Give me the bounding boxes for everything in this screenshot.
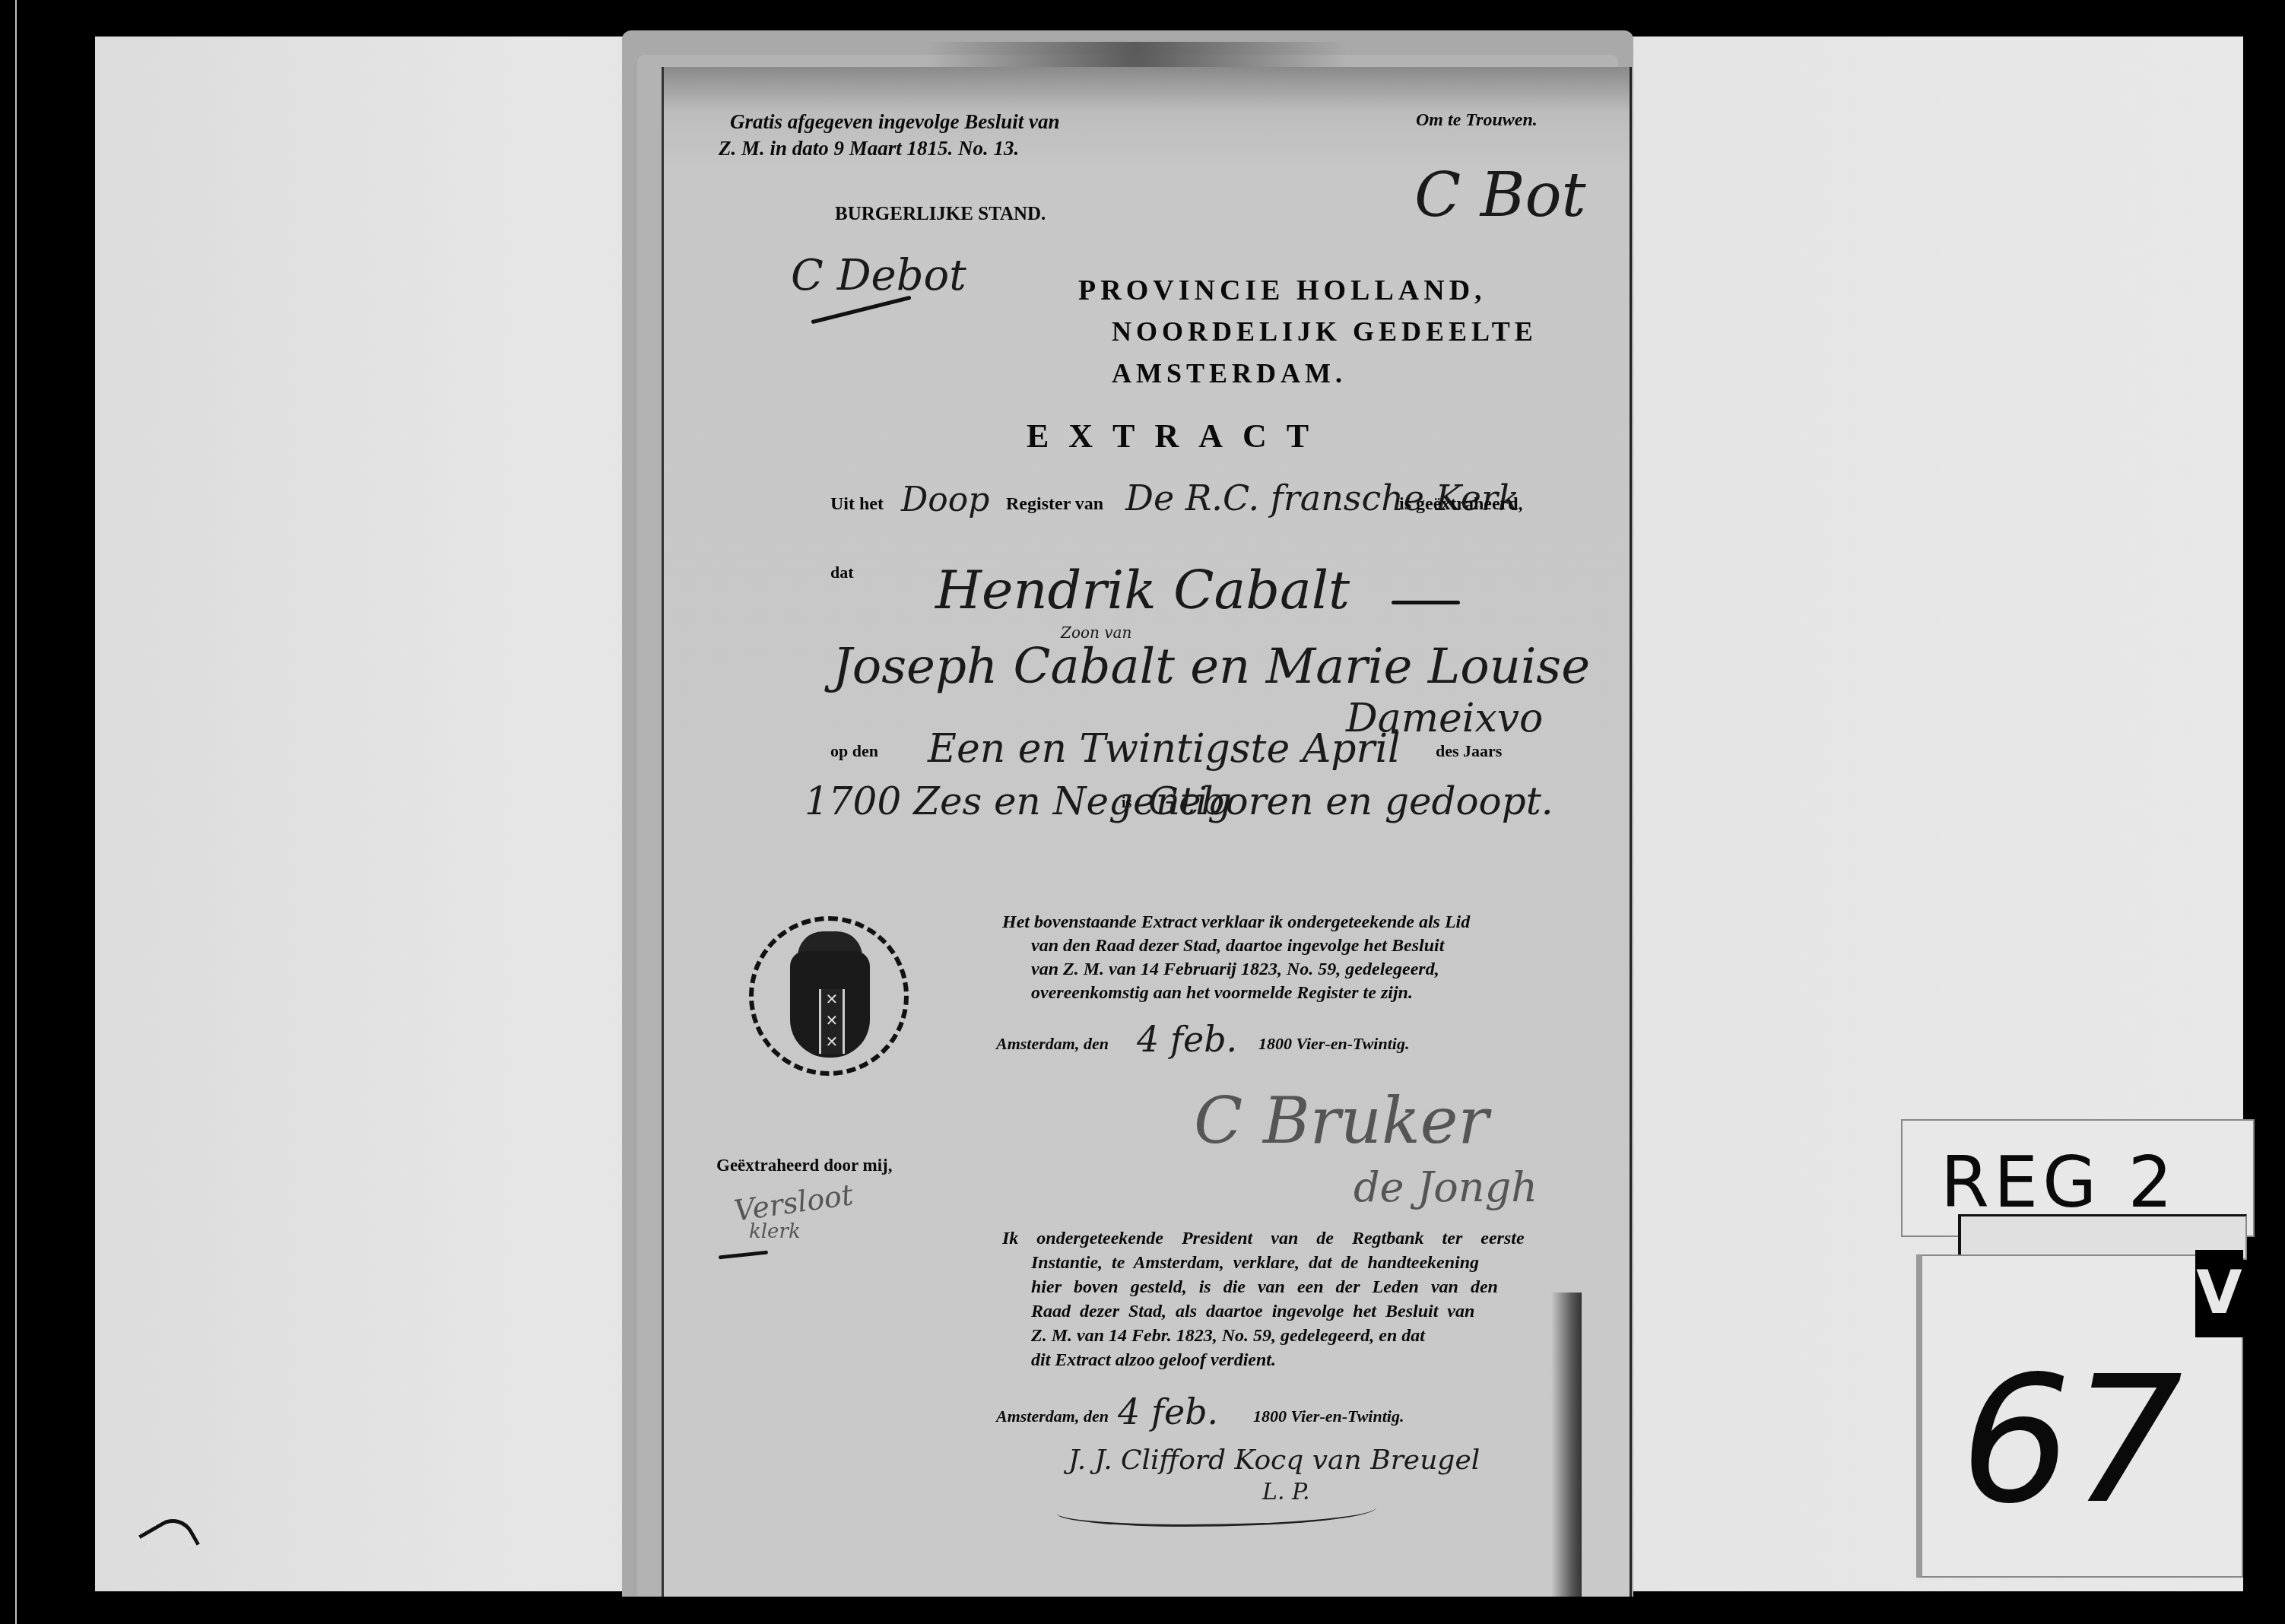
- child-name-handwritten: Hendrik Cabalt: [935, 559, 1350, 621]
- document-title: EXTRACT: [1027, 417, 1328, 455]
- president-signature: J. J. Clifford Kocq van Breugel: [1068, 1445, 1480, 1476]
- register-type-handwritten: Doop: [901, 481, 989, 519]
- parents-handwritten-line1: Joseph Cabalt en Marie Louise: [833, 639, 1590, 695]
- date-line-suffix: des Jaars: [1436, 741, 1502, 761]
- page-fold-shadow: [1551, 1293, 1582, 1597]
- council-signature: C Bruker: [1194, 1083, 1489, 1158]
- date-handwritten: Een en Twintigste April: [928, 726, 1401, 772]
- declaration-1-line: overeenkomstig aan het voormelde Registe…: [1002, 982, 1550, 1005]
- date-line-prefix: op den: [830, 741, 878, 761]
- header-decree-line1: Gratis afgegeven ingevolge Besluit van: [730, 110, 1059, 134]
- year-line-connector: is: [1122, 795, 1131, 812]
- seal-shield: ✕✕✕: [790, 951, 870, 1058]
- scanner-frame-line: [15, 0, 17, 1624]
- place-date-1-handwritten: 4 feb.: [1137, 1019, 1237, 1060]
- amsterdam-seal-icon: ✕✕✕: [749, 916, 909, 1076]
- place-date-1-place: Amsterdam, den: [996, 1034, 1109, 1054]
- province-line1: PROVINCIE HOLLAND,: [1078, 274, 1487, 307]
- place-date-2-place: Amsterdam, den: [996, 1407, 1109, 1426]
- declaration-1-line: Het bovenstaande Extract verklaar ik ond…: [1002, 911, 1550, 934]
- header-purpose: Om te Trouwen.: [1416, 110, 1538, 131]
- province-line3: AMSTERDAM.: [1112, 357, 1347, 389]
- council-signature-line2: de Jongh: [1354, 1163, 1538, 1211]
- number-label-card: 67: [1916, 1254, 2243, 1578]
- register-label: REG 2: [1941, 1142, 2177, 1223]
- v-tab-label: V: [2195, 1250, 2243, 1337]
- number-label: 67: [1960, 1340, 2183, 1543]
- register-line-prefix: Uit het: [830, 494, 884, 515]
- declaration-2-line: Z. M. van 14 Febr. 1823, No. 59, gedeleg…: [1002, 1324, 1550, 1348]
- margin-note-left-handwritten: C Debot: [791, 251, 966, 300]
- header-decree-line2: Z. M. in dato 9 Maart 1815. No. 13.: [719, 137, 1019, 160]
- declaration-1-line: van den Raad dezer Stad, daartoe ingevol…: [1002, 934, 1550, 958]
- province-line2: NOORDELIJK GEDEELTE: [1112, 316, 1538, 347]
- place-date-2-year: 1800 Vier-en-Twintig.: [1253, 1407, 1404, 1426]
- council-declaration: Het bovenstaande Extract verklaar ik ond…: [1002, 911, 1550, 1005]
- declaration-1-line: van Z. M. van 14 Februarij 1823, No. 59,…: [1002, 958, 1550, 982]
- extractor-signature-line2: klerk: [749, 1220, 801, 1243]
- place-date-1-year: 1800 Vier-en-Twintig.: [1258, 1034, 1409, 1054]
- president-declaration: Ik ondergeteekende President van de Regt…: [1002, 1226, 1550, 1372]
- extracted-by-label: Geëxtraheerd door mij,: [716, 1156, 892, 1175]
- event-handwritten: Geboren en gedoopt.: [1148, 779, 1553, 823]
- dat-label: dat: [830, 563, 854, 582]
- register-line-middle: Register van: [1006, 494, 1103, 515]
- declaration-2-line: Instantie, te Amsterdam, verklare, dat d…: [1002, 1251, 1550, 1275]
- name-line-dash: [1392, 601, 1460, 604]
- burgerlijke-stand-heading: BURGERLIJKE STAND.: [835, 204, 1046, 225]
- declaration-2-line: Ik ondergeteekende President van de Regt…: [1002, 1226, 1550, 1251]
- declaration-2-line: dit Extract alzoo geloof verdient.: [1002, 1348, 1550, 1372]
- declaration-2-line: Raad dezer Stad, als daartoe ingevolge h…: [1002, 1299, 1550, 1324]
- place-date-2-handwritten: 4 feb.: [1118, 1391, 1218, 1432]
- seal-crosses: ✕✕✕: [819, 989, 845, 1054]
- declaration-2-line: hier boven gesteld, is die van een der L…: [1002, 1275, 1550, 1299]
- register-line-suffix: is geëxtraheerd,: [1399, 494, 1523, 515]
- margin-note-top-handwritten: C Bot: [1414, 160, 1586, 230]
